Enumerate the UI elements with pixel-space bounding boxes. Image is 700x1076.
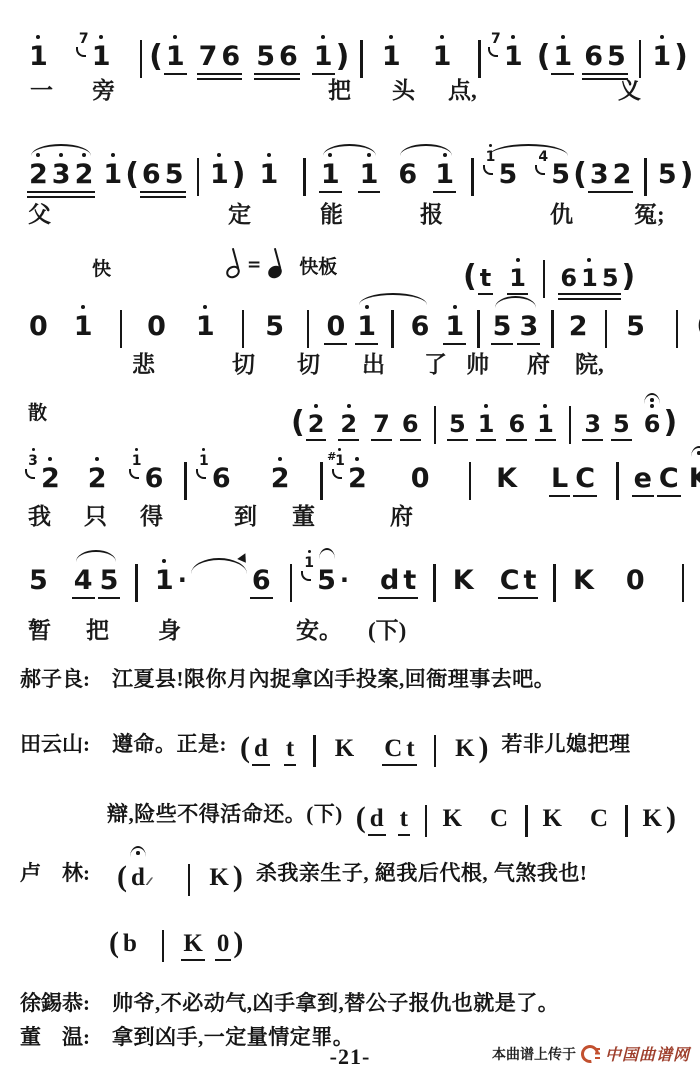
note-token: 5 bbox=[625, 313, 646, 340]
note-text: t bbox=[402, 567, 417, 594]
music-system-5: 5451·615·dtKCtK0 bbox=[28, 554, 684, 594]
grace-hook-icon bbox=[535, 165, 545, 175]
octave-dot-icon bbox=[162, 559, 166, 563]
grace-note: 1 bbox=[199, 454, 209, 479]
octave-dot-icon bbox=[308, 550, 311, 553]
note-text: 3 bbox=[589, 161, 610, 188]
note-value: t bbox=[523, 567, 538, 594]
note-value: 2 bbox=[347, 465, 368, 492]
note-token: 1 bbox=[73, 313, 94, 340]
note-token: 1 bbox=[259, 161, 280, 188]
fermata-icon bbox=[130, 846, 146, 857]
note-value: 2 bbox=[270, 465, 291, 492]
note-value: ( bbox=[536, 40, 552, 70]
note-text: 6 bbox=[144, 465, 165, 492]
barline bbox=[425, 805, 428, 837]
note-token: 1 bbox=[28, 43, 49, 70]
note-value: 5 bbox=[164, 161, 185, 188]
note-value: ) bbox=[621, 260, 637, 290]
note-text: 4 bbox=[73, 567, 94, 594]
note-value: 1 bbox=[195, 313, 216, 340]
note-text: K bbox=[334, 736, 355, 761]
note-token: C bbox=[499, 567, 521, 594]
grace-note: 7 bbox=[79, 32, 89, 57]
percussion-phrase: (dtKCKCK) bbox=[355, 801, 677, 831]
note-value: 1 bbox=[503, 43, 524, 70]
note-token: K bbox=[208, 865, 229, 890]
note-text: ( bbox=[239, 733, 251, 763]
barline bbox=[162, 930, 165, 962]
note-value: 2 bbox=[568, 313, 589, 340]
octave-dot-icon bbox=[561, 35, 565, 39]
barline bbox=[644, 158, 647, 196]
lyric-syllable: 府 bbox=[390, 498, 413, 531]
note-token: 0 bbox=[146, 313, 167, 340]
note-text: 7 bbox=[372, 412, 391, 436]
octave-dot-icon bbox=[453, 305, 457, 309]
note-value: ( bbox=[124, 158, 140, 188]
note-token: 0 bbox=[325, 313, 346, 340]
note-value: C bbox=[499, 567, 521, 594]
lyric-syllable: 把 bbox=[86, 612, 109, 645]
intro-phrase: (22765161356) bbox=[290, 396, 678, 436]
note-text: 1 bbox=[320, 161, 341, 188]
note-token: ) bbox=[478, 731, 490, 761]
grace-hook-icon bbox=[488, 47, 498, 57]
octave-dot-icon bbox=[135, 448, 138, 451]
note-value: b bbox=[122, 931, 138, 956]
octave-dot-icon bbox=[543, 404, 547, 408]
note-token: 1 bbox=[320, 161, 341, 188]
note-value: 0 bbox=[625, 567, 646, 594]
note-token: 1 bbox=[381, 43, 402, 70]
watermark: 本曲谱上传于 中国曲谱网 bbox=[492, 1042, 690, 1065]
note-text: b bbox=[122, 931, 138, 956]
note-value: 2 bbox=[74, 161, 95, 188]
note-text: C bbox=[574, 465, 596, 492]
dialogue-row: 田云山:遵命。正是:(dtKCtK)若非儿媳把理 bbox=[20, 712, 635, 774]
note-text: 6 bbox=[251, 567, 272, 594]
note-token: 7 bbox=[198, 43, 219, 70]
note-token: L bbox=[550, 465, 569, 492]
note-token: t bbox=[479, 266, 492, 290]
barline bbox=[625, 805, 628, 837]
barline bbox=[197, 158, 200, 196]
note-text: 5 bbox=[492, 313, 513, 340]
note-value: ( bbox=[116, 860, 128, 890]
tie-group: 1545 bbox=[486, 161, 572, 188]
note-token: 2 bbox=[307, 412, 326, 436]
note-text: 1 bbox=[102, 161, 123, 188]
octave-dot-icon bbox=[95, 457, 99, 461]
note-value: K bbox=[334, 736, 355, 761]
lyric-syllable: 报 bbox=[420, 196, 443, 229]
note-text: 1 bbox=[165, 43, 186, 70]
note-value: 0 bbox=[410, 465, 431, 492]
note-token: 5 bbox=[492, 313, 513, 340]
note-text: 1 bbox=[477, 412, 496, 436]
note-text: 6 bbox=[583, 43, 604, 70]
note-token: 6 bbox=[401, 412, 420, 436]
note-token: 2 bbox=[568, 313, 589, 340]
barline bbox=[135, 564, 138, 602]
note-value: 6 bbox=[583, 43, 604, 70]
tie-group: 16 bbox=[356, 310, 430, 340]
note-token: 6 bbox=[507, 412, 526, 436]
note-text: 1 bbox=[195, 313, 216, 340]
note-text: 6 bbox=[211, 465, 232, 492]
note-text: C bbox=[658, 465, 680, 492]
note-token: K bbox=[454, 736, 475, 761]
note-value: 1 bbox=[444, 313, 465, 340]
lyric-syllable: 父 bbox=[28, 196, 51, 229]
note-text: 2 bbox=[74, 161, 95, 188]
note-value: ( bbox=[108, 926, 120, 956]
note-value: 2 bbox=[612, 161, 633, 188]
note-text: K bbox=[542, 806, 563, 831]
note-token: 6 bbox=[643, 412, 662, 436]
grace-number: 1 bbox=[304, 556, 314, 570]
note-value: L bbox=[550, 465, 569, 492]
note-token: 0 bbox=[216, 931, 231, 956]
glide-arrow-icon bbox=[191, 558, 247, 574]
note-value: K bbox=[454, 736, 475, 761]
note-value: 6 bbox=[141, 161, 162, 188]
octave-dot-icon bbox=[203, 305, 207, 309]
note-value: d bbox=[253, 736, 269, 761]
note-token: 6 bbox=[220, 43, 241, 70]
note-token: K bbox=[452, 567, 475, 594]
note-token: C bbox=[574, 465, 596, 492]
octave-dot-icon bbox=[314, 404, 318, 408]
note-token: 5 bbox=[164, 161, 185, 188]
note-text: K bbox=[452, 567, 475, 594]
fermata-icon bbox=[319, 548, 335, 559]
barline bbox=[478, 40, 481, 78]
note-value: ) bbox=[679, 158, 695, 188]
note-token: ) bbox=[665, 801, 677, 831]
note-token: ( bbox=[536, 40, 552, 70]
note-text: 1 bbox=[552, 43, 573, 70]
octave-dot-icon bbox=[32, 448, 35, 451]
note-token: 5 bbox=[264, 313, 285, 340]
note-text: 6 bbox=[559, 266, 578, 290]
note-text: 6 bbox=[278, 43, 299, 70]
note-token: 7 bbox=[372, 412, 391, 436]
note-token: ) bbox=[232, 860, 244, 890]
note-value: 5 bbox=[99, 567, 120, 594]
note-text: 0 bbox=[325, 313, 346, 340]
note-text: ) bbox=[679, 160, 695, 190]
dialogue-text: 帅爷,不必动气,凶手拿到,替公子报仇也就是了。 bbox=[112, 987, 559, 1017]
barline bbox=[553, 564, 556, 602]
grace-note: #1 bbox=[335, 454, 345, 479]
note-token: t bbox=[405, 736, 415, 761]
speaker-label: 徐錫恭: bbox=[20, 987, 108, 1017]
barline bbox=[391, 310, 394, 348]
quarter-note-icon bbox=[267, 264, 284, 279]
note-token: ( bbox=[239, 731, 251, 761]
note-token: 0 bbox=[410, 465, 431, 492]
music-system-4: 32216162#120KLCeCK bbox=[28, 452, 700, 492]
note-value: 2 bbox=[87, 465, 108, 492]
note-text: t bbox=[285, 736, 295, 761]
barline bbox=[290, 564, 293, 602]
octave-dot-icon bbox=[365, 305, 369, 309]
note-text: 5 bbox=[448, 412, 467, 436]
note-value: K bbox=[542, 806, 563, 831]
note-token: 71 bbox=[491, 43, 524, 70]
note-text: 1 bbox=[536, 412, 555, 436]
note-value: t bbox=[285, 736, 295, 761]
barline bbox=[140, 40, 143, 78]
note-token: ) bbox=[662, 406, 678, 436]
note-text: 3 bbox=[518, 313, 539, 340]
note-text: 1 bbox=[28, 43, 49, 70]
tempo-marking: =快板 bbox=[226, 250, 337, 280]
note-value: 1 bbox=[320, 161, 341, 188]
note-value: ( bbox=[290, 406, 306, 436]
note-value: 0 bbox=[216, 931, 231, 956]
note-token: C bbox=[658, 465, 680, 492]
note-text: ) bbox=[621, 262, 637, 292]
note-value: 1 bbox=[536, 412, 555, 436]
note-text: 0 bbox=[216, 931, 231, 956]
note-token: t bbox=[285, 736, 295, 761]
note-token: 1 bbox=[651, 43, 672, 70]
note-value: K bbox=[495, 465, 518, 492]
note-token: 5 bbox=[612, 412, 631, 436]
note-token: K bbox=[688, 465, 700, 492]
note-text: 2 bbox=[28, 161, 49, 188]
note-text: 2 bbox=[612, 161, 633, 188]
dialogue-row: 辯,险些不得活命还。(下)(dtKCKCK) bbox=[103, 782, 685, 844]
note-value: 5· bbox=[316, 567, 349, 594]
grace-note: 7 bbox=[491, 32, 501, 57]
note-text: 1 bbox=[434, 161, 455, 188]
note-text: 1 bbox=[508, 266, 527, 290]
note-token: ) bbox=[231, 158, 247, 188]
note-text: 2 bbox=[307, 412, 326, 436]
lyric-syllable: (下) bbox=[368, 612, 406, 645]
note-text: 5 bbox=[316, 567, 337, 594]
note-value: ( bbox=[239, 731, 251, 761]
note-text: d bbox=[379, 567, 400, 594]
note-text: K bbox=[182, 931, 203, 956]
music-system-1: 171(176561)1171(1651)32 bbox=[28, 30, 700, 70]
lyric-syllable: 董 bbox=[292, 498, 315, 531]
dialogue-text: 杀我亲生子, 絕我后代根, 气煞我也! bbox=[256, 857, 588, 887]
half-note-icon bbox=[225, 264, 242, 279]
barline bbox=[525, 805, 528, 837]
note-text: ( bbox=[536, 42, 552, 72]
note-value: 2 bbox=[40, 465, 61, 492]
octave-dot-icon bbox=[81, 305, 85, 309]
note-text: 5 bbox=[255, 43, 276, 70]
note-text: 0 bbox=[28, 313, 49, 340]
barline bbox=[188, 864, 191, 896]
note-value: 5 bbox=[28, 567, 49, 594]
note-value: 6 bbox=[397, 161, 418, 188]
score-page: 171(176561)1171(1651)32一旁把头点,义2321(651)1… bbox=[0, 0, 700, 1076]
tie-arc bbox=[489, 144, 569, 156]
note-text: ) bbox=[665, 803, 677, 833]
intro-phrase: (t1615) bbox=[462, 250, 636, 290]
note-text: 2 bbox=[339, 412, 358, 436]
barline bbox=[569, 406, 572, 444]
tie-group: 61 bbox=[397, 161, 455, 188]
note-token: 5 bbox=[657, 161, 678, 188]
grace-note: 1 bbox=[304, 556, 314, 581]
note-value: 6 bbox=[401, 412, 420, 436]
grace-hook-icon bbox=[332, 469, 342, 479]
note-token: 16 bbox=[199, 465, 232, 492]
note-text: 5 bbox=[612, 412, 631, 436]
note-text: ( bbox=[462, 262, 478, 292]
note-text: 5 bbox=[625, 313, 646, 340]
note-text: 2 bbox=[347, 465, 368, 492]
tie-arc bbox=[31, 144, 91, 156]
note-value: 2 bbox=[307, 412, 326, 436]
note-value: 6 bbox=[144, 465, 165, 492]
note-token: 6 bbox=[559, 266, 578, 290]
note-token: 1 bbox=[195, 313, 216, 340]
note-text: K bbox=[495, 465, 518, 492]
dialogue-text: 江夏县!限你月內捉拿凶手投案,回衙理事去吧。 bbox=[112, 663, 555, 693]
tie-arc bbox=[76, 550, 117, 562]
note-value: 3 bbox=[589, 161, 610, 188]
note-token: ) bbox=[673, 40, 689, 70]
note-value: 6 bbox=[507, 412, 526, 436]
note-token: 4 bbox=[73, 567, 94, 594]
lyric-syllable: 身 bbox=[158, 612, 181, 645]
barline bbox=[242, 310, 245, 348]
note-token: t bbox=[523, 567, 538, 594]
note-text: 6 bbox=[220, 43, 241, 70]
note-text: d bbox=[369, 806, 385, 831]
note-text: 1 bbox=[313, 43, 334, 70]
grace-number: 1 bbox=[132, 454, 142, 468]
note-token: C bbox=[589, 806, 609, 831]
barline bbox=[433, 564, 436, 602]
note-text: K bbox=[208, 865, 229, 890]
tie-arc bbox=[323, 144, 377, 156]
dialogue-row: 郝子良:江夏县!限你月內捉拿凶手投案,回衙理事去吧。 bbox=[20, 660, 559, 696]
speaker-label: 卢 林: bbox=[20, 857, 108, 887]
lyric-syllable: 仇 bbox=[550, 196, 573, 229]
lyric-syllable: 我 bbox=[28, 498, 51, 531]
note-token: 0 bbox=[28, 313, 49, 340]
note-value: 6 bbox=[559, 266, 578, 290]
note-text: K bbox=[572, 567, 595, 594]
note-text: 0 bbox=[410, 465, 431, 492]
note-value: 5 bbox=[550, 161, 571, 188]
note-text: 6 bbox=[643, 412, 662, 436]
octave-dot-icon bbox=[587, 258, 591, 262]
octave-dot-icon bbox=[217, 153, 221, 157]
site-logo-icon bbox=[581, 1045, 600, 1063]
note-value: 1 bbox=[434, 161, 455, 188]
octave-dot-icon bbox=[511, 35, 515, 39]
note-value: ) bbox=[478, 731, 490, 761]
note-token: 1 bbox=[102, 161, 123, 188]
tempo-label: 快板 bbox=[299, 252, 337, 279]
note-value: t bbox=[405, 736, 415, 761]
dialogue-text: 辯,险些不得活命还。(下) bbox=[107, 798, 343, 828]
note-text: 6 bbox=[410, 313, 431, 340]
note-token: 5 bbox=[99, 567, 120, 594]
lyric-syllable: 头 bbox=[392, 72, 415, 105]
note-token: 1 bbox=[580, 266, 599, 290]
lyric-syllable: 悲 bbox=[132, 346, 155, 379]
dialogue-row: 卢 林:(d⁄⁄K)杀我亲生子, 絕我后代根, 气煞我也! bbox=[20, 840, 591, 904]
watermark-text: 本曲谱上传于 bbox=[492, 1044, 576, 1064]
note-token: 71 bbox=[79, 43, 112, 70]
note-token: d bbox=[253, 736, 269, 761]
note-value: 1 bbox=[381, 43, 402, 70]
section-tempo-label: 快 bbox=[92, 254, 111, 281]
note-value: 6 bbox=[251, 567, 272, 594]
note-text: 1 bbox=[444, 313, 465, 340]
note-value: 1 bbox=[508, 266, 527, 290]
note-value: K bbox=[208, 865, 229, 890]
note-text: ) bbox=[478, 733, 490, 763]
grace-hook-icon bbox=[129, 469, 139, 479]
barline bbox=[469, 462, 472, 500]
note-token: 1 bbox=[165, 43, 186, 70]
note-token: 6 bbox=[410, 313, 431, 340]
note-text: 2 bbox=[40, 465, 61, 492]
octave-dot-icon bbox=[36, 35, 40, 39]
note-value: 6 bbox=[410, 313, 431, 340]
octave-dot-icon bbox=[321, 35, 325, 39]
grace-hook-icon bbox=[301, 571, 311, 581]
note-value: 1 bbox=[209, 161, 230, 188]
note-token: 15· bbox=[304, 567, 349, 594]
note-value: ) bbox=[673, 40, 689, 70]
barline bbox=[477, 310, 480, 348]
note-token: ( bbox=[116, 860, 128, 890]
octave-dot-icon bbox=[48, 457, 52, 461]
note-text: 5 bbox=[606, 43, 627, 70]
note-token: 2 bbox=[87, 465, 108, 492]
octave-dot-icon bbox=[278, 457, 282, 461]
lyric-syllable: 到 bbox=[234, 498, 257, 531]
lyric-syllable: 切 bbox=[297, 346, 320, 379]
note-token: 1 bbox=[444, 313, 465, 340]
note-text: K bbox=[454, 736, 475, 761]
note-value: 1 bbox=[259, 161, 280, 188]
note-token: K bbox=[542, 806, 563, 831]
note-value: 1 bbox=[477, 412, 496, 436]
note-value: 1 bbox=[552, 43, 573, 70]
octave-dot-icon bbox=[202, 448, 205, 451]
note-token: 1 bbox=[209, 161, 230, 188]
note-token: C bbox=[383, 736, 403, 761]
note-token: 3 bbox=[589, 161, 610, 188]
note-text: K bbox=[688, 465, 700, 492]
note-token: 3 bbox=[51, 161, 72, 188]
note-token: ( bbox=[355, 801, 367, 831]
note-value: 4 bbox=[73, 567, 94, 594]
note-value: K bbox=[688, 465, 700, 492]
note-token: K bbox=[334, 736, 355, 761]
note-token: ) bbox=[335, 40, 351, 70]
note-token: 1 bbox=[356, 313, 377, 340]
tie-arc bbox=[495, 296, 537, 308]
lyric-syllable: 暂 bbox=[28, 612, 51, 645]
note-text: e bbox=[633, 465, 653, 492]
